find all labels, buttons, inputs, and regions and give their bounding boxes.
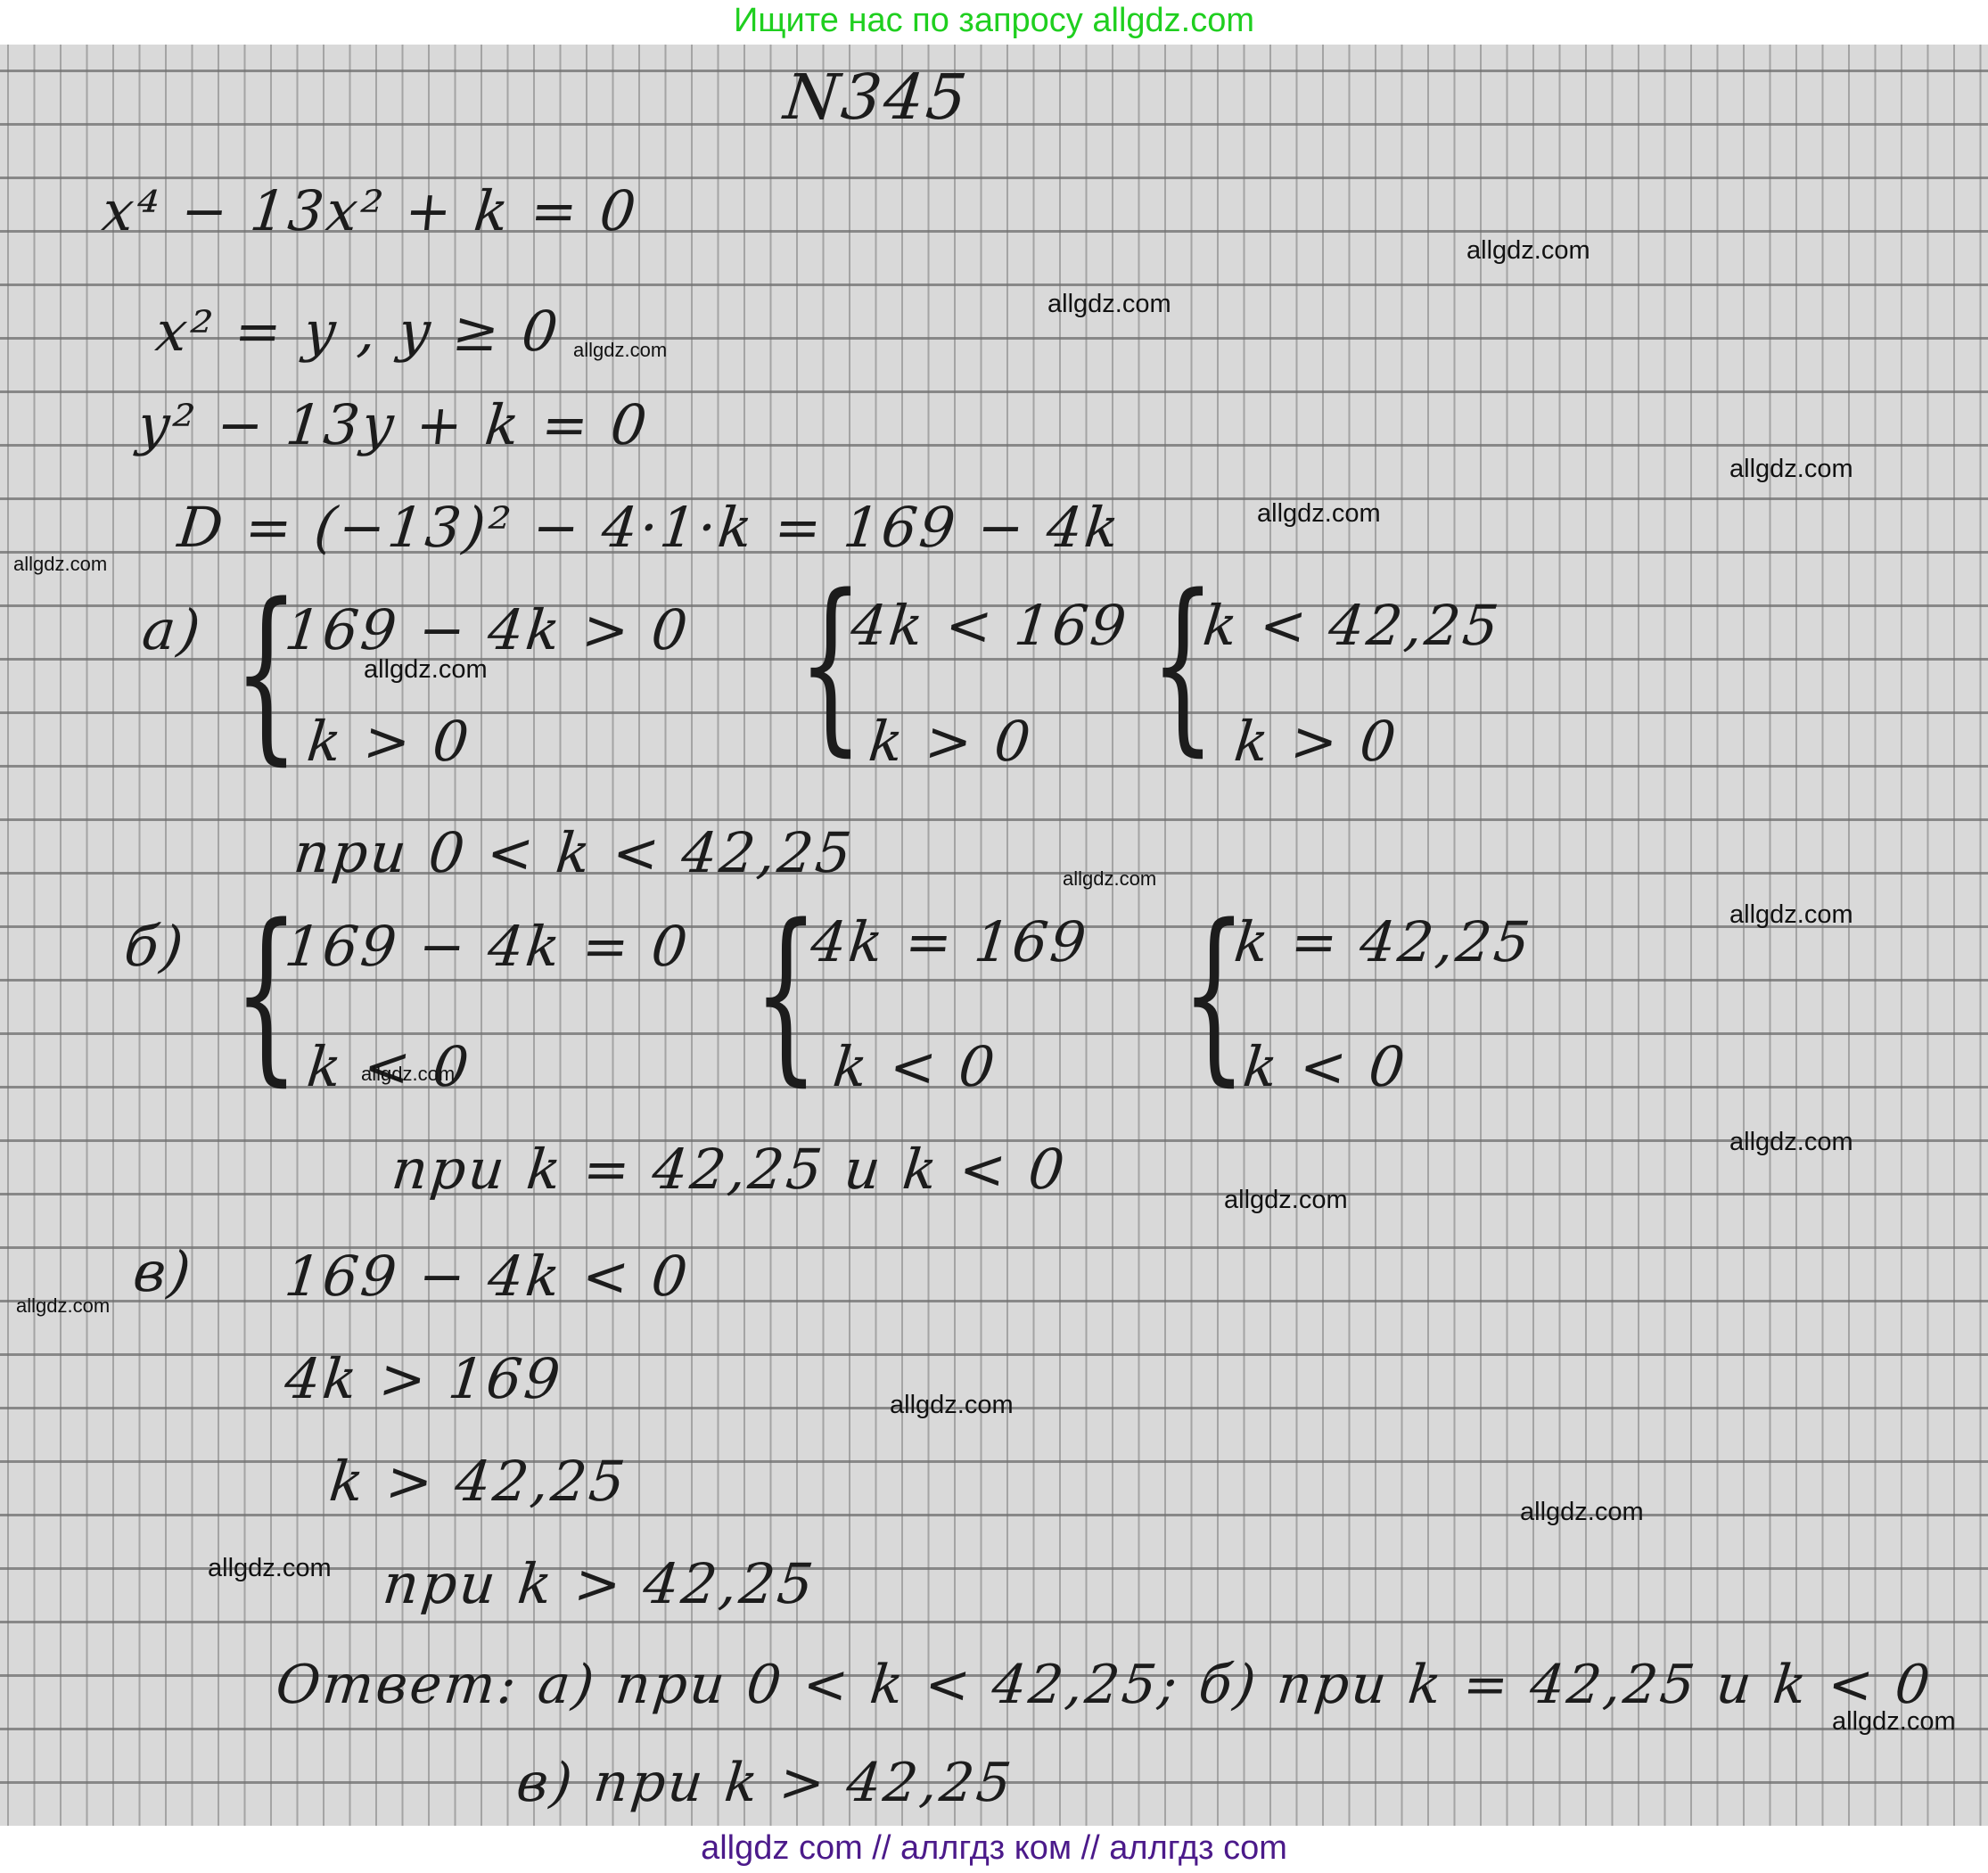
part-b-sys2-line2: k < 0 [830,1034,1000,1099]
part-b-result: при k = 42,25 и k < 0 [389,1137,1070,1202]
part-v-step2: 4k > 169 [282,1346,565,1411]
part-b-label: б) [121,914,189,979]
part-b-sys3-line2: k < 0 [1240,1034,1410,1099]
discriminant: D = (−13)² − 4·1·k = 169 − 4k [175,495,1124,560]
watermark: allgdz.com [890,1391,1014,1420]
bottom-banner[interactable]: allgdz com // аллгдз ком // аллгдз com [0,1826,1988,1873]
watermark: allgdz.com [1224,1186,1348,1215]
watermark: allgdz.com [208,1554,332,1583]
watermark: allgdz.com [1466,236,1590,266]
part-a-sys3-line1: k < 42,25 [1200,593,1504,658]
problem-number: N345 [781,61,973,134]
part-a-result: при 0 < k < 42,25 [291,820,857,885]
watermark: allgdz.com [13,553,107,576]
part-a-label: а) [139,597,206,662]
equation-quadratic: y² − 13y + k = 0 [135,392,653,457]
part-v-result: при k > 42,25 [380,1551,818,1616]
answer-line-1: Ответ: а) при 0 < k < 42,25; б) при k = … [273,1654,1935,1716]
watermark: allgdz.com [1063,867,1156,891]
part-b-sys3-line1: k = 42,25 [1231,909,1535,974]
watermark: allgdz.com [364,655,488,685]
watermark: allgdz.com [361,1063,455,1086]
answer-line-2: в) при k > 42,25 [513,1752,1016,1814]
part-v-step3: k > 42,25 [326,1449,630,1514]
part-b-sys1-line1: 169 − 4k = 0 [282,914,693,979]
watermark: allgdz.com [1729,1128,1853,1157]
part-v-label: в) [130,1239,196,1304]
part-a-sys1-line2: k > 0 [304,709,474,774]
watermark: allgdz.com [1729,900,1853,930]
part-v-step1: 169 − 4k < 0 [282,1244,693,1309]
part-a-sys3-line2: k > 0 [1231,709,1401,774]
notebook-page: N345 x⁴ − 13x² + k = 0 x² = y , y ≥ 0 y²… [0,45,1988,1826]
watermark: allgdz.com [1257,499,1381,529]
watermark: allgdz.com [16,1294,110,1318]
watermark: allgdz.com [1832,1707,1956,1737]
part-a-sys2-line2: k > 0 [866,709,1036,774]
part-b-sys2-line1: 4k = 169 [808,909,1091,974]
watermark: allgdz.com [1047,290,1171,319]
watermark: allgdz.com [573,339,667,362]
part-a-sys2-line1: 4k < 169 [848,593,1131,658]
equation-quartic: x⁴ − 13x² + k = 0 [99,178,641,243]
watermark: allgdz.com [1729,455,1853,484]
part-a-sys1-line1: 169 − 4k > 0 [282,597,693,662]
watermark: allgdz.com [1520,1498,1644,1527]
system-brace: { [753,900,818,1088]
substitution: x² = y , y ≥ 0 [152,299,563,364]
top-banner[interactable]: Ищите нас по запросу allgdz.com [0,0,1988,45]
